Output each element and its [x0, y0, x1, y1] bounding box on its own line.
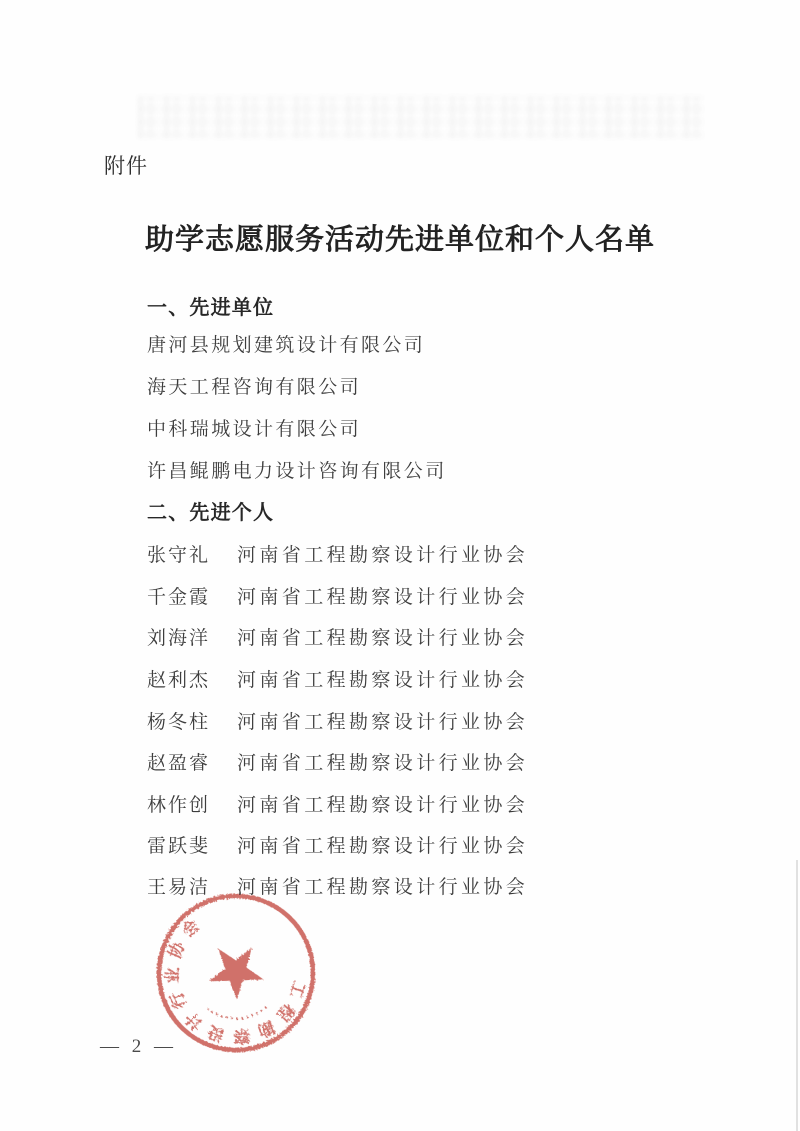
person-organization: 河南省工程勘察设计行业协会: [237, 623, 528, 650]
unit-list-item: 海天工程咨询有限公司: [147, 372, 361, 399]
person-organization: 河南省工程勘察设计行业协会: [237, 748, 528, 775]
person-name: 林作创: [147, 790, 237, 817]
person-row: 张守礼 河南省工程勘察设计行业协会: [147, 540, 707, 567]
seal-text-ring: 河南省工程勘察设计行业协会: [160, 906, 323, 1060]
person-name: 王易洁: [147, 872, 237, 899]
person-organization: 河南省工程勘察设计行业协会: [237, 540, 528, 567]
person-organization: 河南省工程勘察设计行业协会: [237, 831, 528, 858]
person-name: 雷跃斐: [147, 831, 237, 858]
official-seal-stamp: 河南省工程勘察设计行业协会: [149, 886, 323, 1060]
unit-list-item: 许昌鲲鹏电力设计咨询有限公司: [147, 456, 447, 483]
person-name: 赵盈睿: [147, 748, 237, 775]
scan-edge-artifact: [796, 860, 798, 1131]
seal-ring: [156, 893, 315, 1052]
person-name: 杨冬柱: [147, 707, 237, 734]
seal-graphic: 河南省工程勘察设计行业协会: [149, 886, 323, 1060]
unit-list-item: 中科瑞城设计有限公司: [147, 414, 361, 441]
bleed-through-ghost-text: [138, 96, 704, 138]
person-name: 赵利杰: [147, 665, 237, 692]
scanned-document-page: 附件 助学志愿服务活动先进单位和个人名单 一、先进单位 唐河县规划建筑设计有限公…: [0, 0, 800, 1131]
person-organization: 河南省工程勘察设计行业协会: [237, 790, 528, 817]
document-title: 助学志愿服务活动先进单位和个人名单: [0, 217, 800, 258]
person-name: 千金霞: [147, 582, 237, 609]
person-row: 赵利杰 河南省工程勘察设计行业协会: [147, 665, 707, 692]
seal-star-icon: [208, 947, 264, 1001]
person-name: 张守礼: [147, 540, 237, 567]
person-row: 雷跃斐 河南省工程勘察设计行业协会: [147, 831, 707, 858]
person-organization: 河南省工程勘察设计行业协会: [237, 707, 528, 734]
person-row: 杨冬柱 河南省工程勘察设计行业协会: [147, 707, 707, 734]
person-row: 刘海洋 河南省工程勘察设计行业协会: [147, 623, 707, 650]
page-number: — 2 —: [100, 1036, 177, 1058]
attachment-label: 附件: [104, 150, 148, 180]
person-row: 林作创 河南省工程勘察设计行业协会: [147, 790, 707, 817]
person-name: 刘海洋: [147, 623, 237, 650]
person-row: 千金霞 河南省工程勘察设计行业协会: [147, 582, 707, 609]
person-organization: 河南省工程勘察设计行业协会: [237, 872, 528, 899]
seal-serial-arc: [208, 1007, 266, 1020]
section-heading-advanced-individuals: 二、先进个人: [147, 496, 274, 525]
unit-list-item: 唐河县规划建筑设计有限公司: [147, 330, 425, 357]
person-organization: 河南省工程勘察设计行业协会: [237, 582, 528, 609]
section-heading-advanced-units: 一、先进单位: [147, 291, 274, 320]
person-organization: 河南省工程勘察设计行业协会: [237, 665, 528, 692]
person-row: 赵盈睿 河南省工程勘察设计行业协会: [147, 748, 707, 775]
person-row: 王易洁 河南省工程勘察设计行业协会: [147, 872, 707, 899]
